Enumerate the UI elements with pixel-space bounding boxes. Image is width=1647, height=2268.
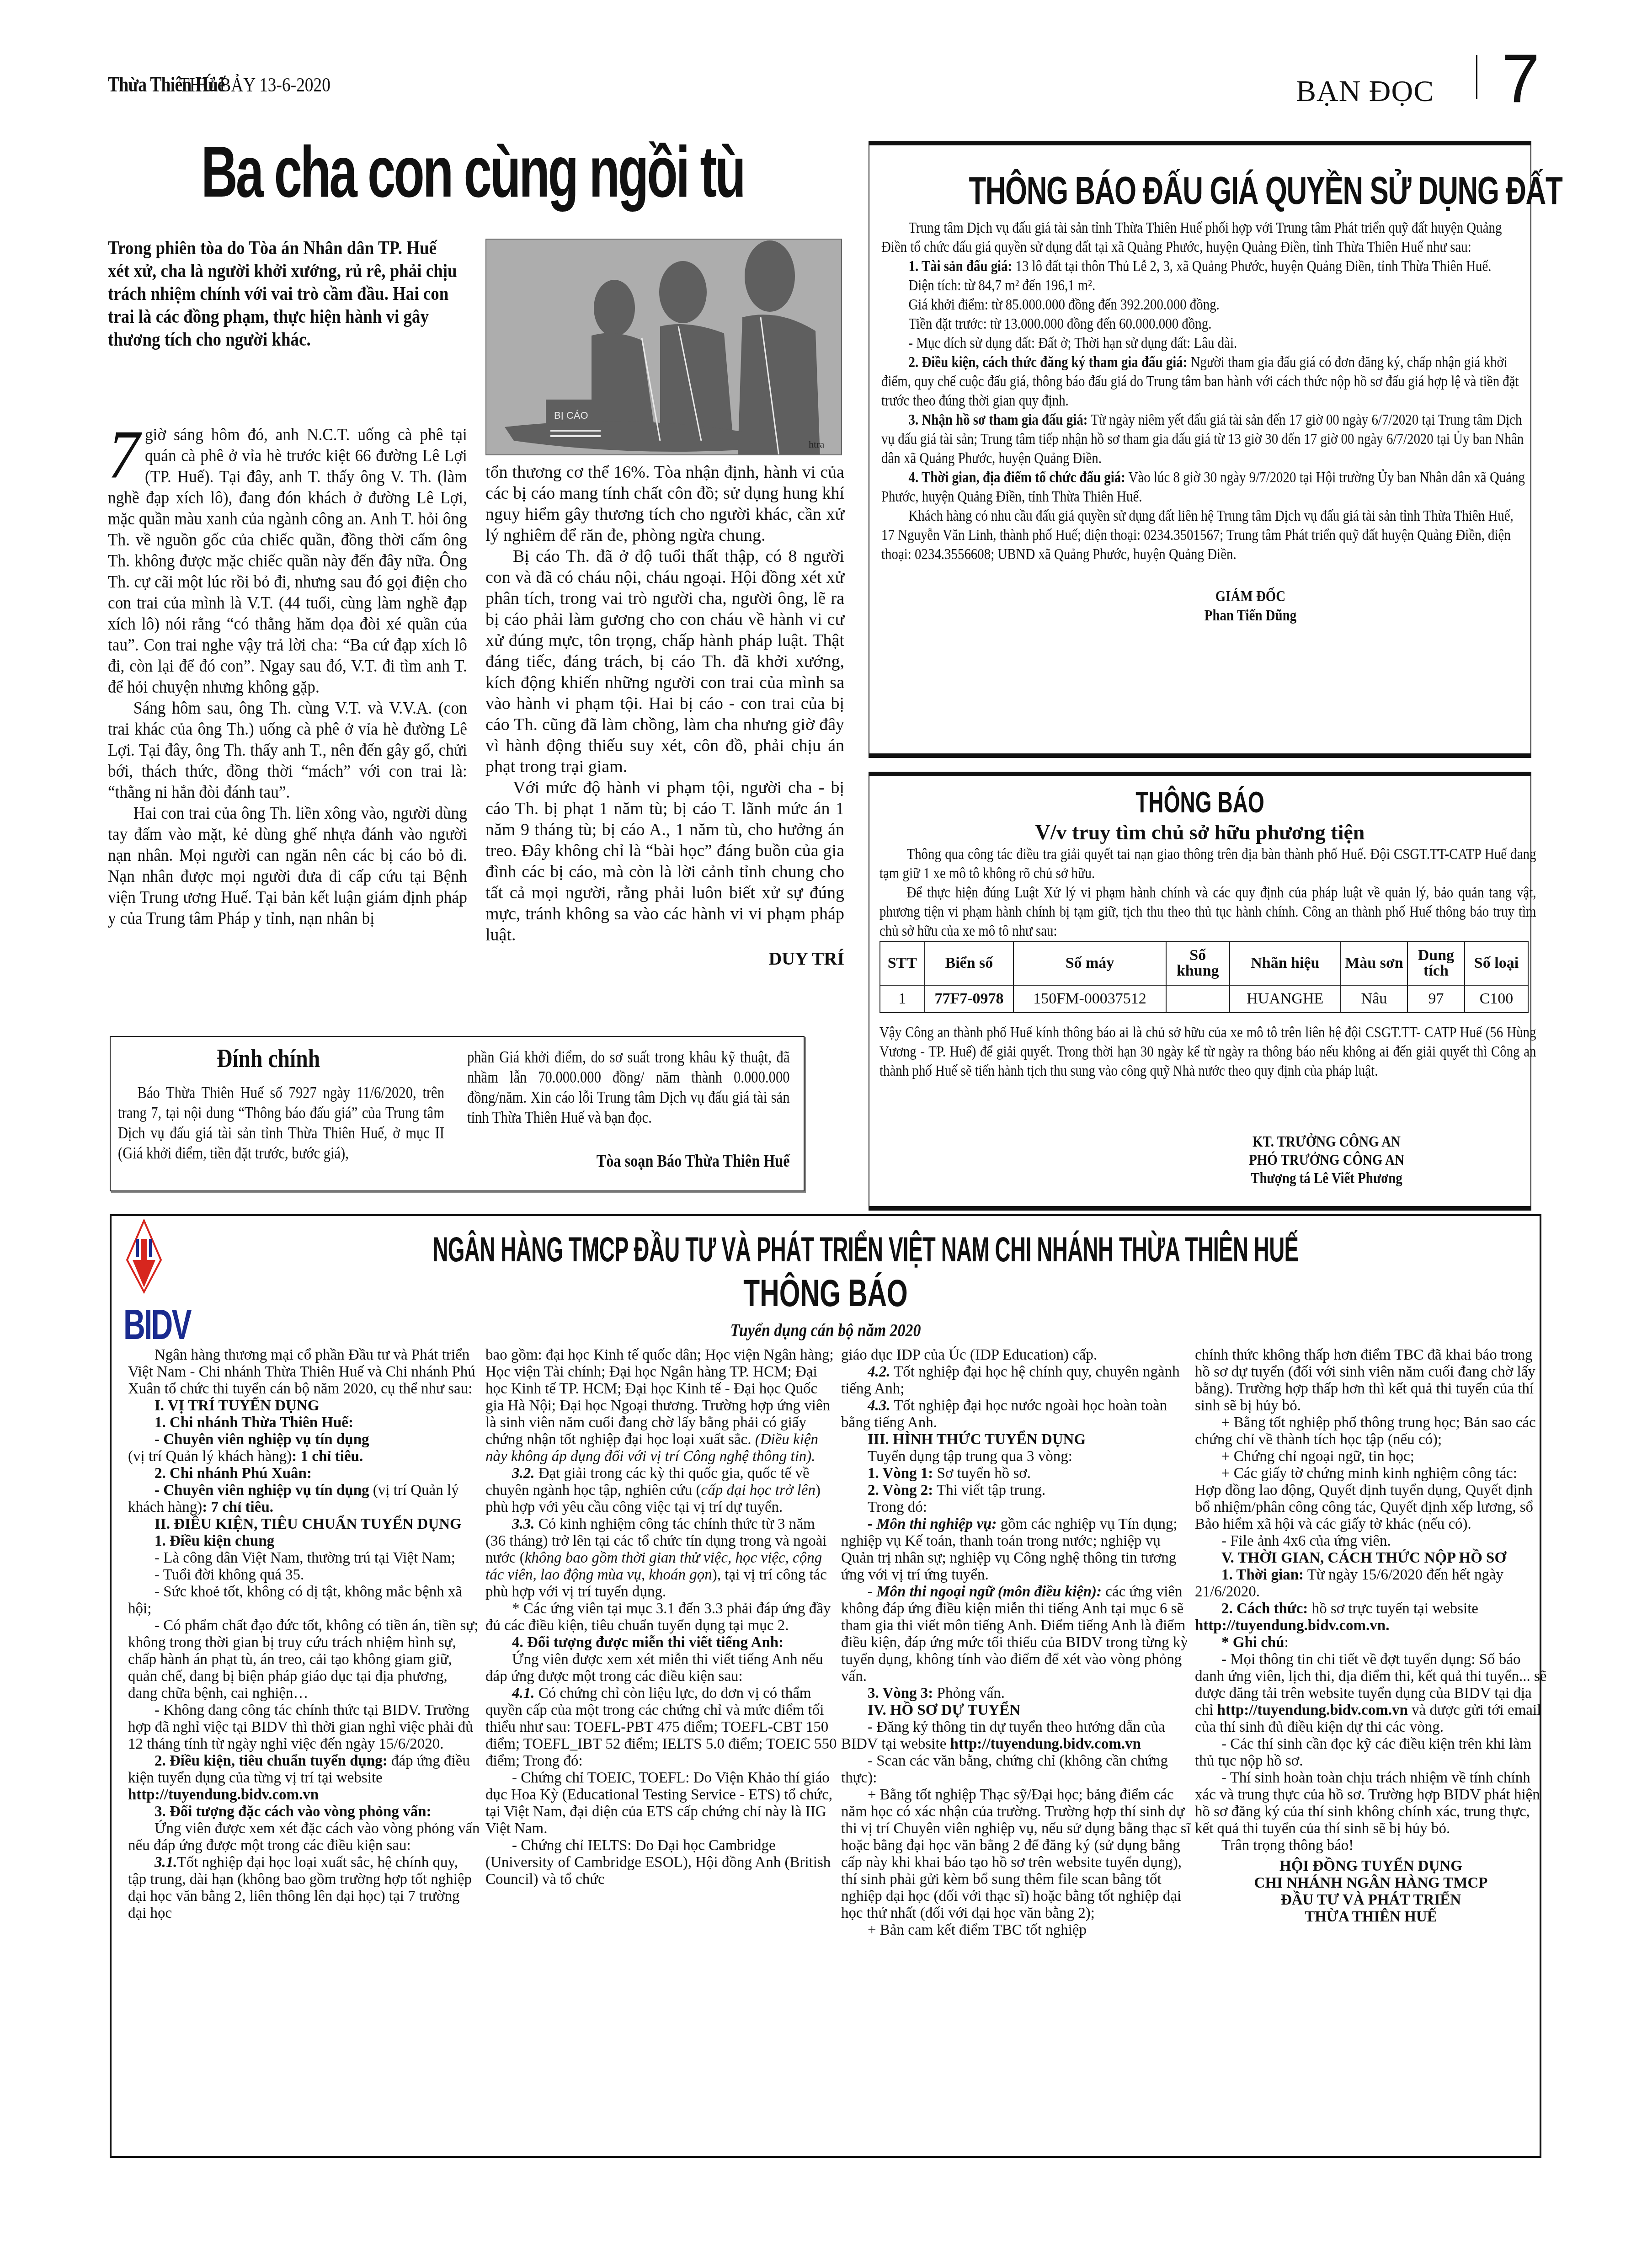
bidv-signature: HỘI ĐỒNG TUYỂN DỤNG CHI NHÁNH NGÂN HÀNG … <box>1195 1858 1547 1926</box>
bidv-position: - Chuyên viên nghiệp vụ tín dụng (vị trí… <box>128 1482 480 1516</box>
bidv-paragraph: giáo dục IDP của Úc (IDP Education) cấp. <box>841 1347 1193 1364</box>
bidv-paragraph: 3.1.Tốt nghiệp đại học loại xuất sắc, hệ… <box>128 1854 480 1922</box>
bidv-bullet: + Chứng chỉ ngoại ngữ, tin học; <box>1195 1448 1547 1465</box>
masthead-divider <box>1476 55 1477 99</box>
article-column-2: tổn thương cơ thể 16%. Tòa nhận định, hà… <box>485 462 844 969</box>
auction-deposit: Tiền đặt trước: từ 13.000.000 đồng đến 6… <box>881 315 1526 334</box>
cell-frame-no <box>1166 985 1230 1013</box>
errata-text-left: Báo Thừa Thiên Huế số 7927 ngày 11/6/202… <box>118 1083 444 1163</box>
col-header: Số máy <box>1013 941 1166 985</box>
bidv-paragraph: 1. Thời gian: Từ ngày 15/6/2020 đến hết … <box>1195 1567 1547 1601</box>
auction-section-2: 2. Điều kiện, cách thức đăng ký tham gia… <box>881 353 1526 411</box>
vehicle-notice-paragraph: Để thực hiện đúng Luật Xử lý vi phạm hàn… <box>879 883 1536 941</box>
auction-section-4: 4. Thời gian, địa điểm tổ chức đấu giá: … <box>881 468 1526 507</box>
bidv-heading: 1. Chi nhánh Thừa Thiên Huế: <box>128 1414 480 1431</box>
vehicle-table: STT Biển số Số máy Số khung Nhãn hiệu Mà… <box>879 941 1529 1013</box>
auction-title: THÔNG BÁO ĐẤU GIÁ QUYỀN SỬ DỤNG ĐẤT <box>969 168 1433 213</box>
bidv-paragraph: 4.1. Có chứng chỉ còn liệu lực, do đơn v… <box>485 1685 837 1770</box>
article-paragraph: Bị cáo Th. đã ở độ tuổi thất thập, có 8 … <box>485 546 844 777</box>
bidv-bullet: + Các giấy tờ chứng minh kinh nghiệm côn… <box>1195 1465 1547 1533</box>
article-paragraph: Hai con trai của ông Th. liền xông vào, … <box>108 803 467 929</box>
bidv-bullet: - Tuổi đời không quá 35. <box>128 1567 480 1584</box>
col-header: Nhãn hiệu <box>1230 941 1341 985</box>
bidv-heading: 1. Điều kiện chung <box>128 1533 480 1550</box>
bidv-paragraph: chính thức không thấp hơn điểm TBC đã kh… <box>1195 1347 1547 1414</box>
svg-text:htra: htra <box>809 438 824 450</box>
vehicle-owner-notice: THÔNG BÁO V/v truy tìm chủ sở hữu phương… <box>869 772 1531 1211</box>
bidv-bullet: - Chứng chỉ IELTS: Do Đại học Cambridge … <box>485 1837 837 1888</box>
bidv-heading: III. HÌNH THỨC TUYỂN DỤNG <box>841 1431 1193 1448</box>
vehicle-notice-subtitle: V/v truy tìm chủ sở hữu phương tiện <box>869 820 1530 844</box>
page-number: 7 <box>1502 44 1540 112</box>
bidv-column-1: Ngân hàng thương mại cổ phần Đầu tư và P… <box>128 1347 480 1922</box>
col-header: STT <box>880 941 925 985</box>
bidv-column-3: giáo dục IDP của Úc (IDP Education) cấp.… <box>841 1347 1193 1939</box>
bidv-heading: 4. Đối tượng được miễn thi viết tiếng An… <box>485 1634 837 1651</box>
bidv-bullet: - Không đang công tác chính thức tại BID… <box>128 1702 480 1753</box>
auction-area: Diện tích: từ 84,7 m² đến 196,1 m². <box>881 276 1526 295</box>
auction-signature: GIÁM ĐỐC Phan Tiến Dũng <box>1153 587 1348 625</box>
cell-brand: HUANGHE <box>1230 985 1341 1013</box>
bidv-paragraph: - Mọi thông tin chi tiết về đợt tuyển dụ… <box>1195 1651 1547 1736</box>
bidv-bullet: - Các thí sinh cần đọc kỹ các điều kiện … <box>1195 1736 1547 1770</box>
bidv-heading: I. VỊ TRÍ TUYỂN DỤNG <box>128 1398 480 1414</box>
table-row: 1 77F7-0978 150FM-00037512 HUANGHE Nâu 9… <box>880 985 1528 1013</box>
bidv-heading: 2. Chi nhánh Phú Xuân: <box>128 1465 480 1482</box>
bidv-paragraph: 2. Điều kiện, tiêu chuẩn tuyển dụng: đáp… <box>128 1753 480 1804</box>
col-header: Biển số <box>925 941 1014 985</box>
article-paragraph: Sáng hôm sau, ông Th. cùng V.T. và V.V.A… <box>108 698 467 803</box>
drop-cap: 7 <box>108 427 140 482</box>
cell-plate: 77F7-0978 <box>925 985 1014 1013</box>
cell-engine-no: 150FM-00037512 <box>1013 985 1166 1013</box>
bidv-closing: Trân trọng thông báo! <box>1195 1837 1547 1854</box>
vehicle-notice-paragraph: Vậy Công an thành phố Huế kính thông báo… <box>879 1023 1536 1081</box>
bidv-bullet: - Chứng chỉ TOEIC, TOEFL: Do Viện Khảo t… <box>485 1770 837 1837</box>
bidv-bullet: - Thí sinh hoàn toàn chịu trách nhiệm về… <box>1195 1770 1547 1837</box>
bidv-paragraph: 4.3. Tốt nghiệp đại học nước ngoài học h… <box>841 1398 1193 1431</box>
bidv-bullet: - Scan các văn bằng, chứng chỉ (không cầ… <box>841 1753 1193 1787</box>
vehicle-table-header: STT Biển số Số máy Số khung Nhãn hiệu Mà… <box>880 941 1528 985</box>
bidv-subtitle: THÔNG BÁO <box>326 1271 1326 1315</box>
vehicle-notice-body: Thông qua công tác điều tra giải quyết t… <box>879 845 1536 941</box>
auction-section-3: 3. Nhận hồ sơ tham gia đấu giá: Từ ngày … <box>881 411 1526 468</box>
bidv-bullet: + Bản cam kết điểm TBC tốt nghiệp <box>841 1922 1193 1939</box>
auction-purpose: - Mục đích sử dụng đất: Đất ở; Thời hạn … <box>881 334 1526 353</box>
col-header: Màu sơn <box>1341 941 1407 985</box>
bidv-heading: * Ghi chú: <box>1195 1634 1547 1651</box>
article-byline: DUY TRÍ <box>485 948 844 969</box>
vehicle-notice-footer: Vậy Công an thành phố Huế kính thông báo… <box>879 1023 1536 1081</box>
col-header: Dung tích <box>1407 941 1465 985</box>
auction-start-price: Giá khởi điểm: từ 85.000.000 đồng đến 39… <box>881 295 1526 315</box>
bidv-heading: 3. Đối tượng đặc cách vào vòng phỏng vấn… <box>128 1804 480 1820</box>
cell-stt: 1 <box>880 985 925 1013</box>
issue-date: THỨ BẢY 13-6-2020 <box>179 73 330 96</box>
bidv-round: 1. Vòng 1: Sơ tuyển hồ sơ. <box>841 1465 1193 1482</box>
bidv-paragraph: 3.2. Đạt giải trong các kỳ thi quốc gia,… <box>485 1465 837 1516</box>
bidv-paragraph: 3.3. Có kinh nghiệm công tác chính thức … <box>485 1516 837 1601</box>
article-lede: Trong phiên tòa do Tòa án Nhân dân TP. H… <box>108 237 462 351</box>
article-headline: Ba cha con cùng ngồi tù <box>201 133 744 212</box>
article-paragraph: Với mức độ hành vi phạm tội, người cha -… <box>485 777 844 945</box>
bidv-recruitment-ad: BIDV NGÂN HÀNG TMCP ĐẦU TƯ VÀ PHÁT TRIỂN… <box>110 1214 1541 2158</box>
bidv-heading: II. ĐIỀU KIỆN, TIÊU CHUẨN TUYỂN DỤNG <box>128 1516 480 1533</box>
bidv-paragraph: 2. Cách thức: hồ sơ trực tuyến tại websi… <box>1195 1601 1547 1634</box>
bidv-title: NGÂN HÀNG TMCP ĐẦU TƯ VÀ PHÁT TRIỂN VIỆT… <box>432 1230 1271 1270</box>
bidv-round: 3. Vòng 3: Phỏng vấn. <box>841 1685 1193 1702</box>
auction-contact: Khách hàng có nhu cầu đấu giá quyền sử d… <box>881 507 1526 564</box>
recruitment-url-link[interactable]: http://tuyendung.bidv.com.vn. <box>1195 1617 1389 1634</box>
defendants-illustration-icon: BỊ CÁO htra <box>486 240 842 455</box>
col-header: Số khung <box>1166 941 1230 985</box>
bidv-paragraph: Tuyển dụng tập trung qua 3 vòng: <box>841 1448 1193 1465</box>
bidv-round: 2. Vòng 2: Thi viết tập trung. <box>841 1482 1193 1499</box>
bidv-column-4: chính thức không thấp hơn điểm TBC đã kh… <box>1195 1347 1547 1926</box>
cell-color: Nâu <box>1341 985 1407 1013</box>
bidv-bullet: - Là công dân Việt Nam, thường trú tại V… <box>128 1550 480 1567</box>
bidv-heading: IV. HỒ SƠ DỰ TUYỂN <box>841 1702 1193 1719</box>
recruitment-url-link[interactable]: http://tuyendung.bidv.com.vn <box>128 1787 319 1803</box>
bidv-paragraph: - Đăng ký thông tin dự tuyển theo hướng … <box>841 1719 1193 1753</box>
cell-capacity: 97 <box>1407 985 1465 1013</box>
bidv-position: - Chuyên viên nghiệp vụ tín dụng <box>128 1431 480 1448</box>
vehicle-notice-paragraph: Thông qua công tác điều tra giải quyết t… <box>879 845 1536 883</box>
bidv-tagline: Tuyển dụng cán bộ năm 2020 <box>219 1319 1432 1341</box>
recruitment-url-link[interactable]: http://tuyendung.bidv.com.vn <box>1217 1702 1408 1718</box>
article-paragraph: giờ sáng hôm đó, anh N.C.T. uống cà phê … <box>108 424 467 698</box>
bidv-paragraph: Trong đó: <box>841 1499 1193 1516</box>
vehicle-notice-signature: KT. TRƯỞNG CÔNG AN PHÓ TRƯỞNG CÔNG AN Th… <box>1226 1133 1428 1188</box>
errata-text-right: phần Giá khởi điểm, do sơ suất trong khâ… <box>467 1047 790 1127</box>
bidv-bullet: - File ảnh 4x6 của ứng viên. <box>1195 1533 1547 1550</box>
article-illustration: BỊ CÁO htra <box>485 239 842 455</box>
auction-intro: Trung tâm Dịch vụ đấu giá tài sản tỉnh T… <box>881 219 1526 257</box>
article-paragraph: tổn thương cơ thể 16%. Tòa nhận định, hà… <box>485 462 844 546</box>
bidv-paragraph: * Các ứng viên tại mục 3.1 đến 3.3 phải … <box>485 1601 837 1634</box>
bidv-paragraph: 4.2. Tốt nghiệp đại học hệ chính quy, ch… <box>841 1364 1193 1398</box>
bidv-paragraph: Ứng viên được xem xét đặc cách vào vòng … <box>128 1820 480 1854</box>
cell-type: C100 <box>1465 985 1528 1013</box>
bidv-position: (vị trí Quản lý khách hàng): 1 chỉ tiêu. <box>128 1448 480 1465</box>
article-column-1: 7 giờ sáng hôm đó, anh N.C.T. uống cà ph… <box>108 424 467 929</box>
svg-text:BỊ CÁO: BỊ CÁO <box>554 410 588 421</box>
errata-box: Đính chính Báo Thừa Thiên Huế số 7927 ng… <box>110 1036 805 1191</box>
bidv-paragraph: - Môn thi ngoại ngữ (môn điều kiện): các… <box>841 1584 1193 1685</box>
auction-section-1: 1. Tài sản đấu giá: 13 lô đất tại thôn T… <box>881 257 1526 276</box>
col-header: Số loại <box>1465 941 1528 985</box>
recruitment-url-link[interactable]: http://tuyendung.bidv.com.vn <box>950 1736 1141 1752</box>
bidv-paragraph: Ứng viên được xem xét miễn thi viết tiến… <box>485 1651 837 1685</box>
bidv-bullet: - Có phẩm chất đạo đức tốt, không có tiề… <box>128 1617 480 1702</box>
auction-notice: THÔNG BÁO ĐẤU GIÁ QUYỀN SỬ DỤNG ĐẤT Trun… <box>869 141 1531 758</box>
bidv-bullet: + Bằng tốt nghiệp phổ thông trung học; B… <box>1195 1414 1547 1448</box>
bidv-paragraph: Ngân hàng thương mại cổ phần Đầu tư và P… <box>128 1347 480 1398</box>
bidv-column-2: bao gồm: đại học Kinh tế quốc dân; Học v… <box>485 1347 837 1888</box>
bidv-bullet: - Sức khoẻ tốt, không có dị tật, không m… <box>128 1584 480 1617</box>
bidv-heading: V. THỜI GIAN, CÁCH THỨC NỘP HỒ SƠ <box>1195 1550 1547 1567</box>
bidv-paragraph: bao gồm: đại học Kinh tế quốc dân; Học v… <box>485 1347 837 1465</box>
bidv-paragraph: - Môn thi nghiệp vụ: gồm các nghiệp vụ T… <box>841 1516 1193 1584</box>
vehicle-notice-title: THÔNG BÁO <box>962 785 1438 819</box>
errata-signature: Tòa soạn Báo Thừa Thiên Huế <box>597 1151 790 1171</box>
errata-title: Đính chính <box>217 1044 320 1073</box>
bidv-bullet: + Bằng tốt nghiệp Thạc sỹ/Đại học; bảng … <box>841 1787 1193 1922</box>
auction-body: Trung tâm Dịch vụ đấu giá tài sản tỉnh T… <box>881 219 1526 625</box>
bidv-wordmark: BIDV <box>123 1301 191 1349</box>
section-name: BẠN ĐỌC <box>1296 74 1434 109</box>
